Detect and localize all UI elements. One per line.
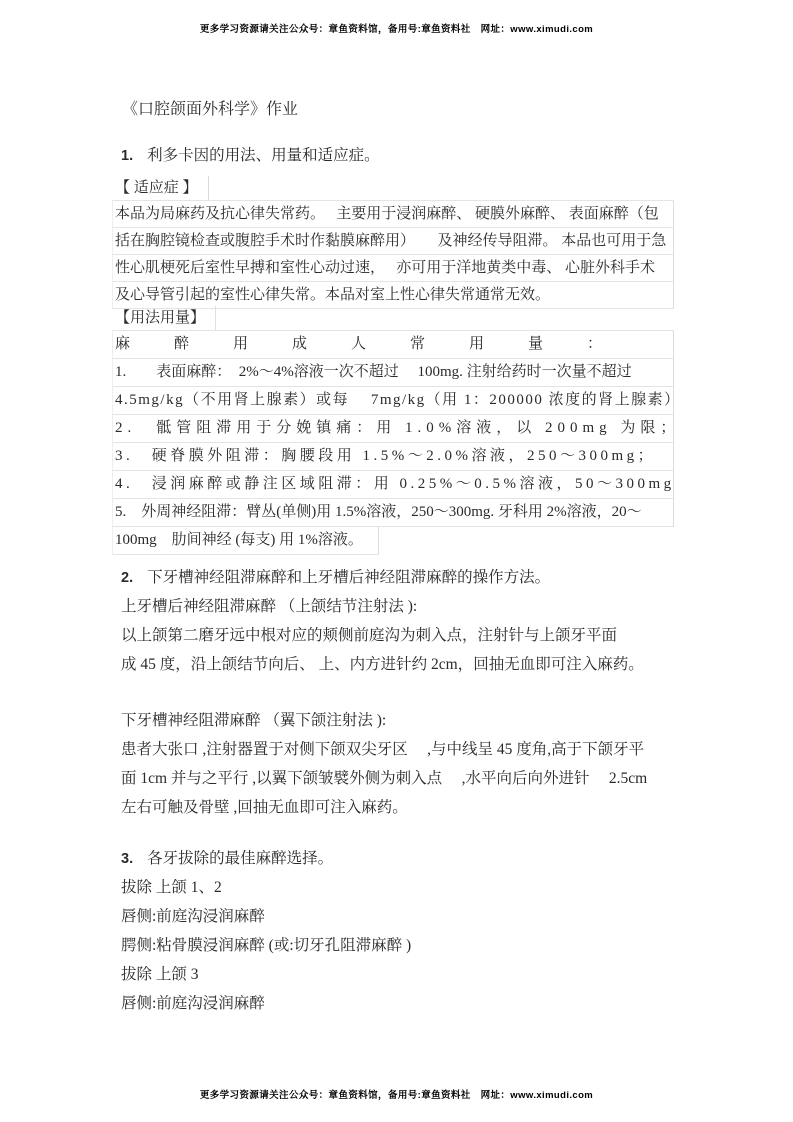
- q3-line: 拔除 上颌 1、2: [121, 875, 222, 897]
- indication-label: 【 适应症 】: [113, 176, 209, 200]
- lower-block-line: 患者大张口 ,注射器置于对侧下颌双尖牙区 ,与中线呈 45 度角,高于下颌牙平: [121, 737, 644, 759]
- question-3-text: 各牙拔除的最佳麻醉选择。: [147, 850, 333, 867]
- usage-row: 4.5mg/kg（不用肾上腺素）或每 7mg/kg（用 1：200000 浓度的…: [113, 387, 674, 415]
- footer-promo-text: 更多学习资源请关注公众号：章鱼资料馆，备用号:章鱼资料社 网址：www.ximu…: [0, 1087, 793, 1101]
- question-1: 1.利多卡因的用法、用量和适应症。: [121, 143, 380, 165]
- indication-line: 性心肌梗死后室性早搏和室性心动过速， 亦可用于洋地黄类中毒、 心脏外科手术: [113, 255, 674, 282]
- lower-block-heading: 下牙槽神经阻滞麻醉 （翼下颌注射法 ):: [121, 708, 386, 730]
- usage-row: 麻醉用成人常用量：: [113, 331, 674, 359]
- header-promo-text: 更多学习资源请关注公众号：章鱼资料馆，备用号:章鱼资料社 网址：www.ximu…: [0, 21, 793, 35]
- question-2-text: 下牙槽神经阻滞麻醉和上牙槽后神经阻滞麻醉的操作方法。: [147, 569, 550, 586]
- usage-row: 2. 骶管阻滞用于分娩镇痛：用 1.0%溶液，以 200mg 为限；: [113, 415, 674, 443]
- question-3: 3.各牙拔除的最佳麻醉选择。: [121, 846, 333, 868]
- upper-block-heading: 上牙槽后神经阻滞麻醉 （上颌结节注射法 ):: [121, 594, 417, 616]
- lower-block-line: 左右可触及骨壁 ,回抽无血即可注入麻药。: [121, 795, 408, 817]
- upper-block-line: 以上颌第二磨牙远中根对应的颊侧前庭沟为刺入点，注射针与上颌牙平面: [121, 623, 617, 645]
- question-2-number: 2.: [121, 570, 133, 586]
- document-title: 《口腔颌面外科学》作业: [122, 96, 298, 119]
- question-3-number: 3.: [121, 851, 133, 867]
- indication-line: 及心导管引起的室性心律失常。本品对室上性心律失常通常无效。: [113, 282, 674, 309]
- lower-block-line: 面 1cm 并与之平行 ,以翼下颌皱襞外侧为刺入点 ,水平向后向外进针 2.5c…: [121, 766, 647, 788]
- usage-label: 【用法用量】: [113, 306, 216, 330]
- question-1-number: 1.: [121, 148, 133, 164]
- usage-table: 麻醉用成人常用量： 1. 表面麻醉： 2%～4%溶液一次不超过 100mg. 注…: [112, 330, 674, 555]
- usage-row: 5. 外周神经阻滞：臂丛(单侧)用 1.5%溶液，250～300mg. 牙科用 …: [113, 499, 674, 527]
- indication-line: 括在胸腔镜检查或腹腔手术时作黏膜麻醉用） 及神经传导阻滞。 本品也可用于急: [113, 228, 674, 255]
- document-page: 更多学习资源请关注公众号：章鱼资料馆，备用号:章鱼资料社 网址：www.ximu…: [0, 0, 793, 1122]
- indication-table: 本品为局麻药及抗心律失常药。 主要用于浸润麻醉、 硬膜外麻醉、 表面麻醉（包 括…: [112, 200, 674, 309]
- usage-row: 3. 硬脊膜外阻滞：胸腰段用 1.5%～2.0%溶液，250～300mg；: [113, 443, 674, 471]
- indication-line: 本品为局麻药及抗心律失常药。 主要用于浸润麻醉、 硬膜外麻醉、 表面麻醉（包: [113, 201, 674, 228]
- q3-line: 唇侧:前庭沟浸润麻醉: [121, 904, 265, 926]
- question-1-text: 利多卡因的用法、用量和适应症。: [147, 147, 380, 164]
- q3-line: 拔除 上颌 3: [121, 962, 199, 984]
- usage-row: 4. 浸润麻醉或静注区域阻滞：用 0.25%～0.5%溶液，50～300mg；: [113, 471, 674, 499]
- q3-line: 唇侧:前庭沟浸润麻醉: [121, 991, 265, 1013]
- upper-block-line: 成 45 度，沿上颌结节向后、 上、内方进针约 2cm，回抽无血即可注入麻药。: [121, 652, 644, 674]
- question-2: 2.下牙槽神经阻滞麻醉和上牙槽后神经阻滞麻醉的操作方法。: [121, 565, 550, 587]
- usage-row: 100mg 肋间神经 (每支) 用 1%溶液。: [113, 527, 379, 555]
- usage-row: 1. 表面麻醉： 2%～4%溶液一次不超过 100mg. 注射给药时一次量不超过: [113, 359, 674, 387]
- q3-line: 腭侧:粘骨膜浸润麻醉 (或:切牙孔阻滞麻醉 ): [121, 933, 411, 955]
